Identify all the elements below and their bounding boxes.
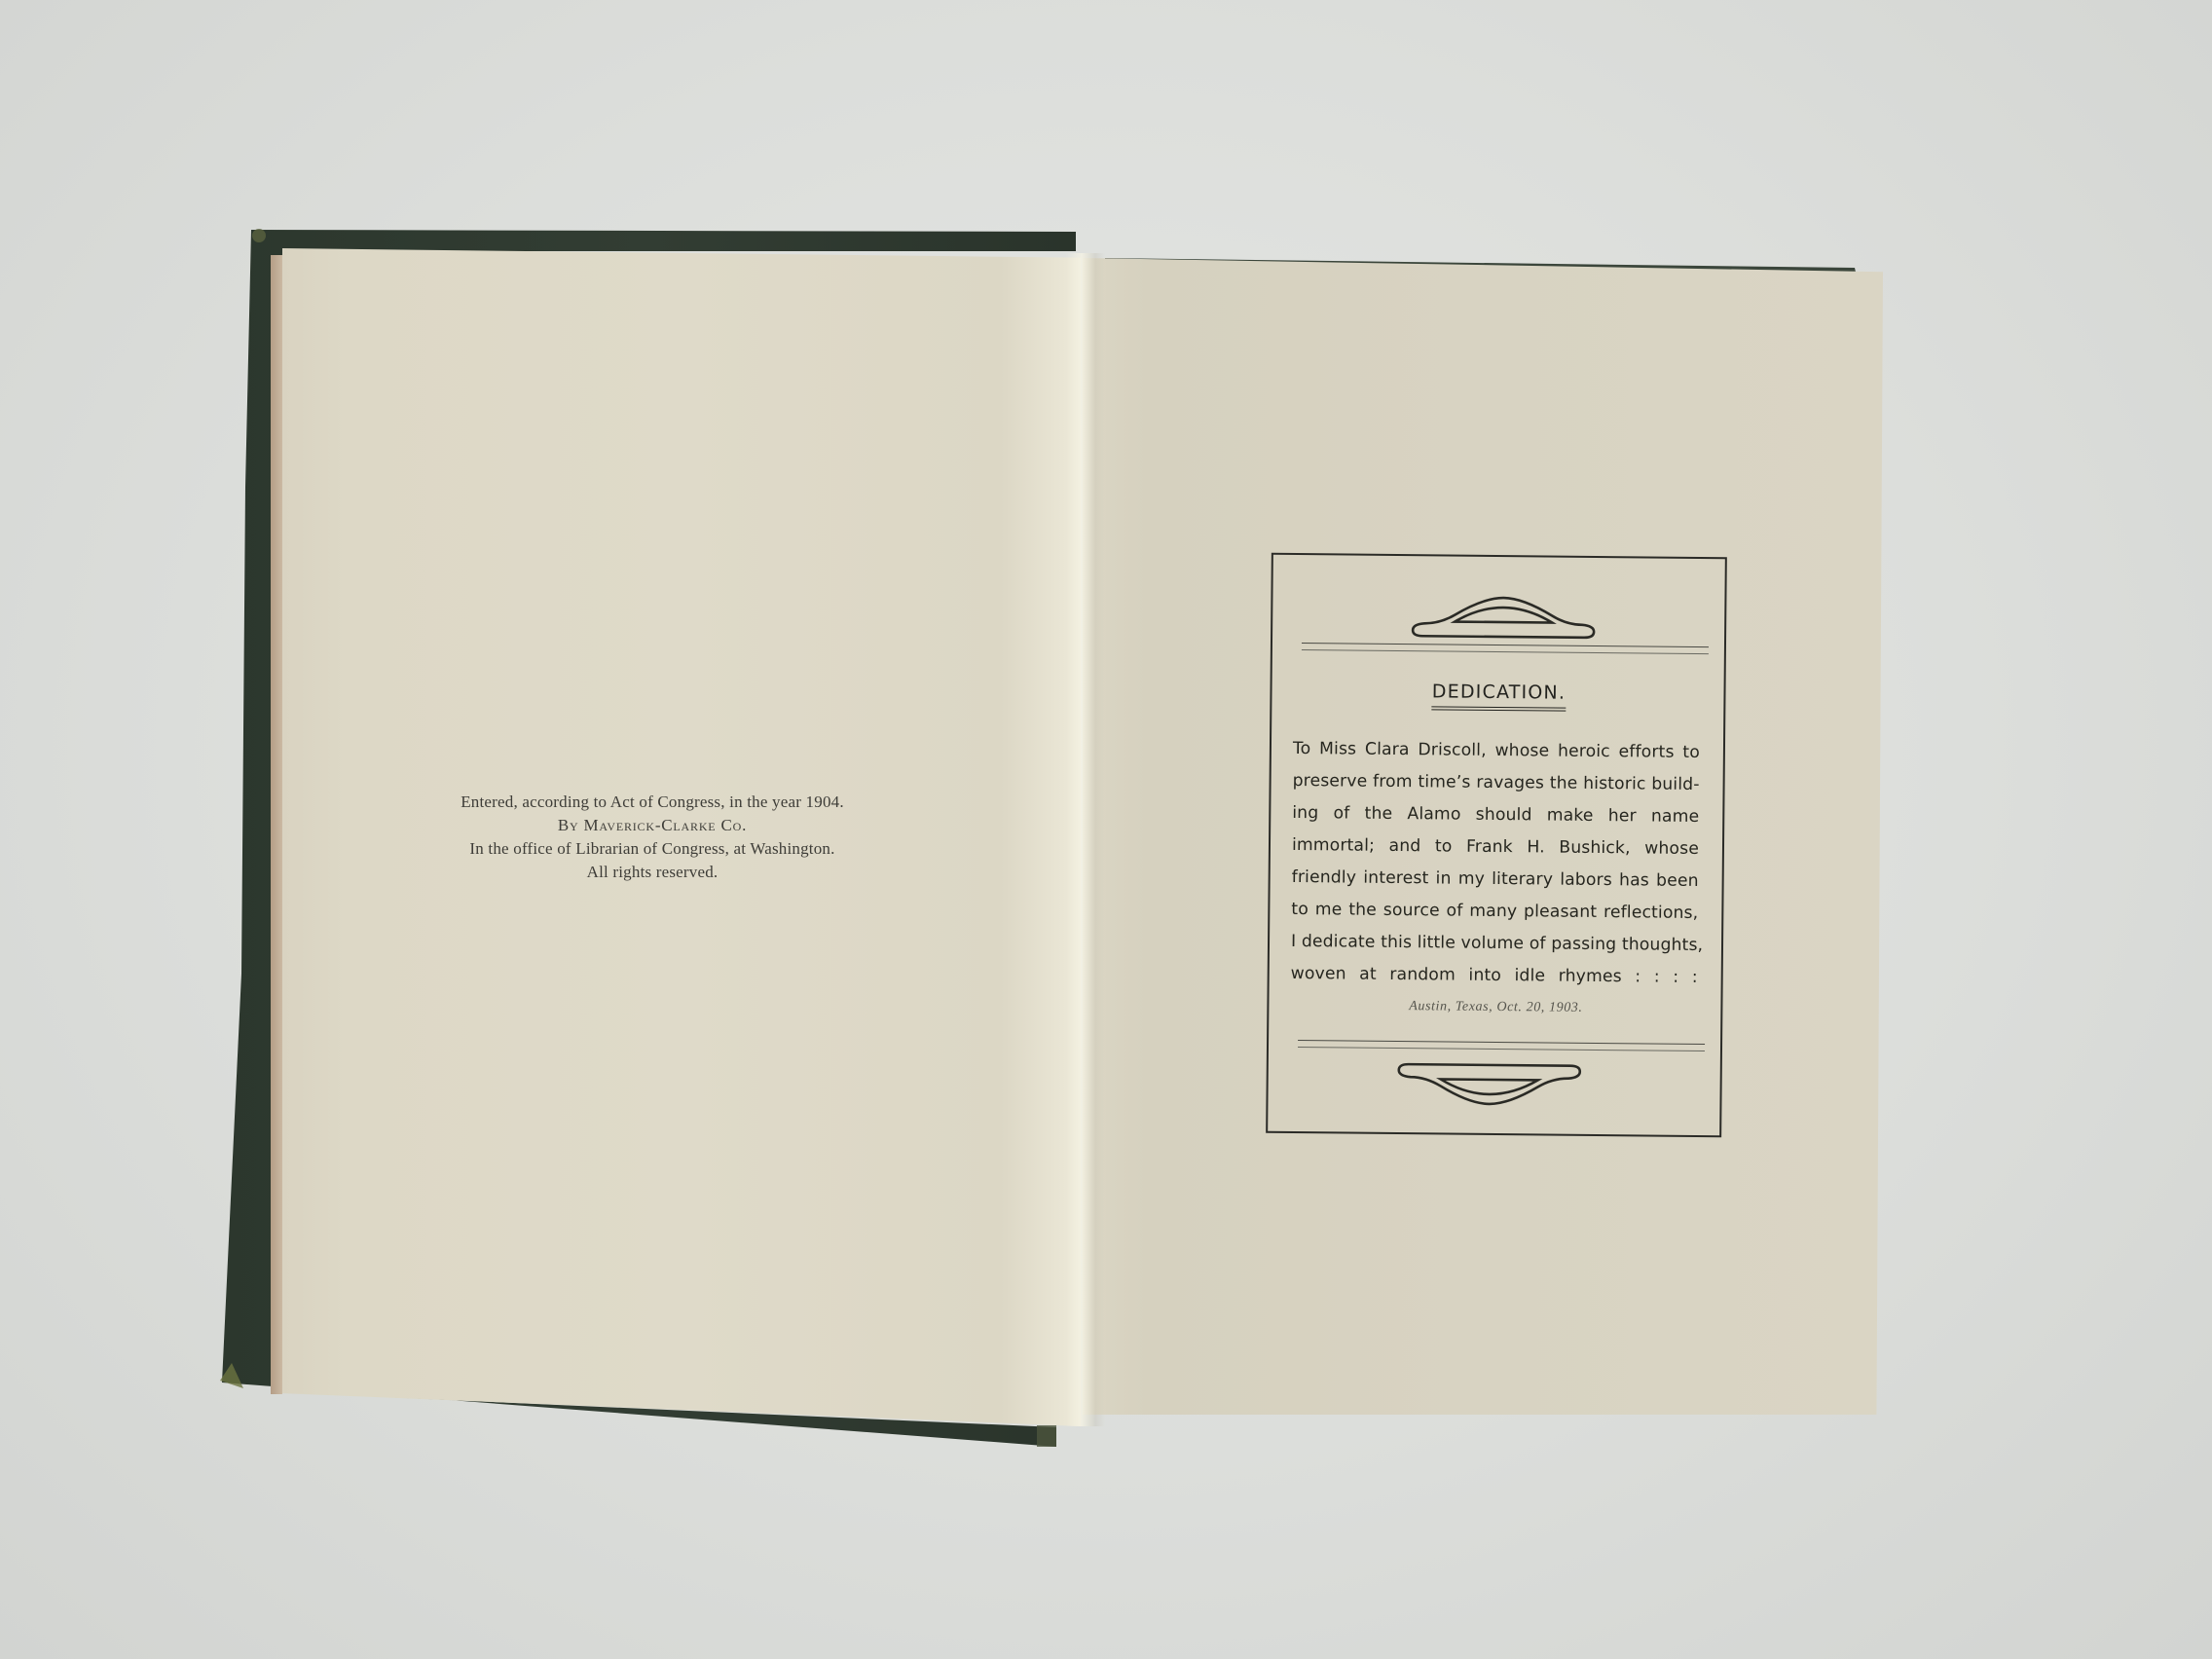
dedication-title: DEDICATION. [1264, 680, 1733, 714]
page-block-edge [271, 255, 282, 1394]
rights-line: All rights reserved. [428, 861, 876, 884]
dedication-line: woven at random into idle rhymes : : : : [1291, 958, 1698, 994]
dedication-line: preserve from time’s ravages the histori… [1292, 765, 1699, 801]
dedication-line: ing of the Alamo should make her name [1292, 797, 1699, 833]
copyright-notice: Entered, according to Act of Congress, i… [428, 791, 876, 884]
dedication-line: friendly interest in my literary labors … [1292, 862, 1699, 898]
publisher-line: By Maverick-Clarke Co. [428, 814, 876, 837]
dedication-text: To Miss Clara Driscoll, whose heroic eff… [1291, 733, 1701, 994]
copyright-office-line: In the office of Librarian of Congress, … [428, 837, 876, 861]
dedication-frame: DEDICATION. To Miss Clara Driscoll, whos… [1260, 553, 1735, 1138]
book-gutter [1066, 253, 1105, 1426]
inverted-arch-ornament-icon [1396, 1058, 1581, 1109]
dedication-line: immortal; and to Frank H. Bushick, whose [1292, 829, 1699, 866]
dedication-line: To Miss Clara Driscoll, whose heroic eff… [1293, 733, 1700, 769]
copyright-line: Entered, according to Act of Congress, i… [428, 791, 876, 814]
dedication-line: to me the source of many pleasant reflec… [1291, 894, 1698, 930]
arch-ornament-icon [1411, 593, 1596, 644]
dedication-line: I dedicate this little volume of passing… [1291, 926, 1698, 962]
